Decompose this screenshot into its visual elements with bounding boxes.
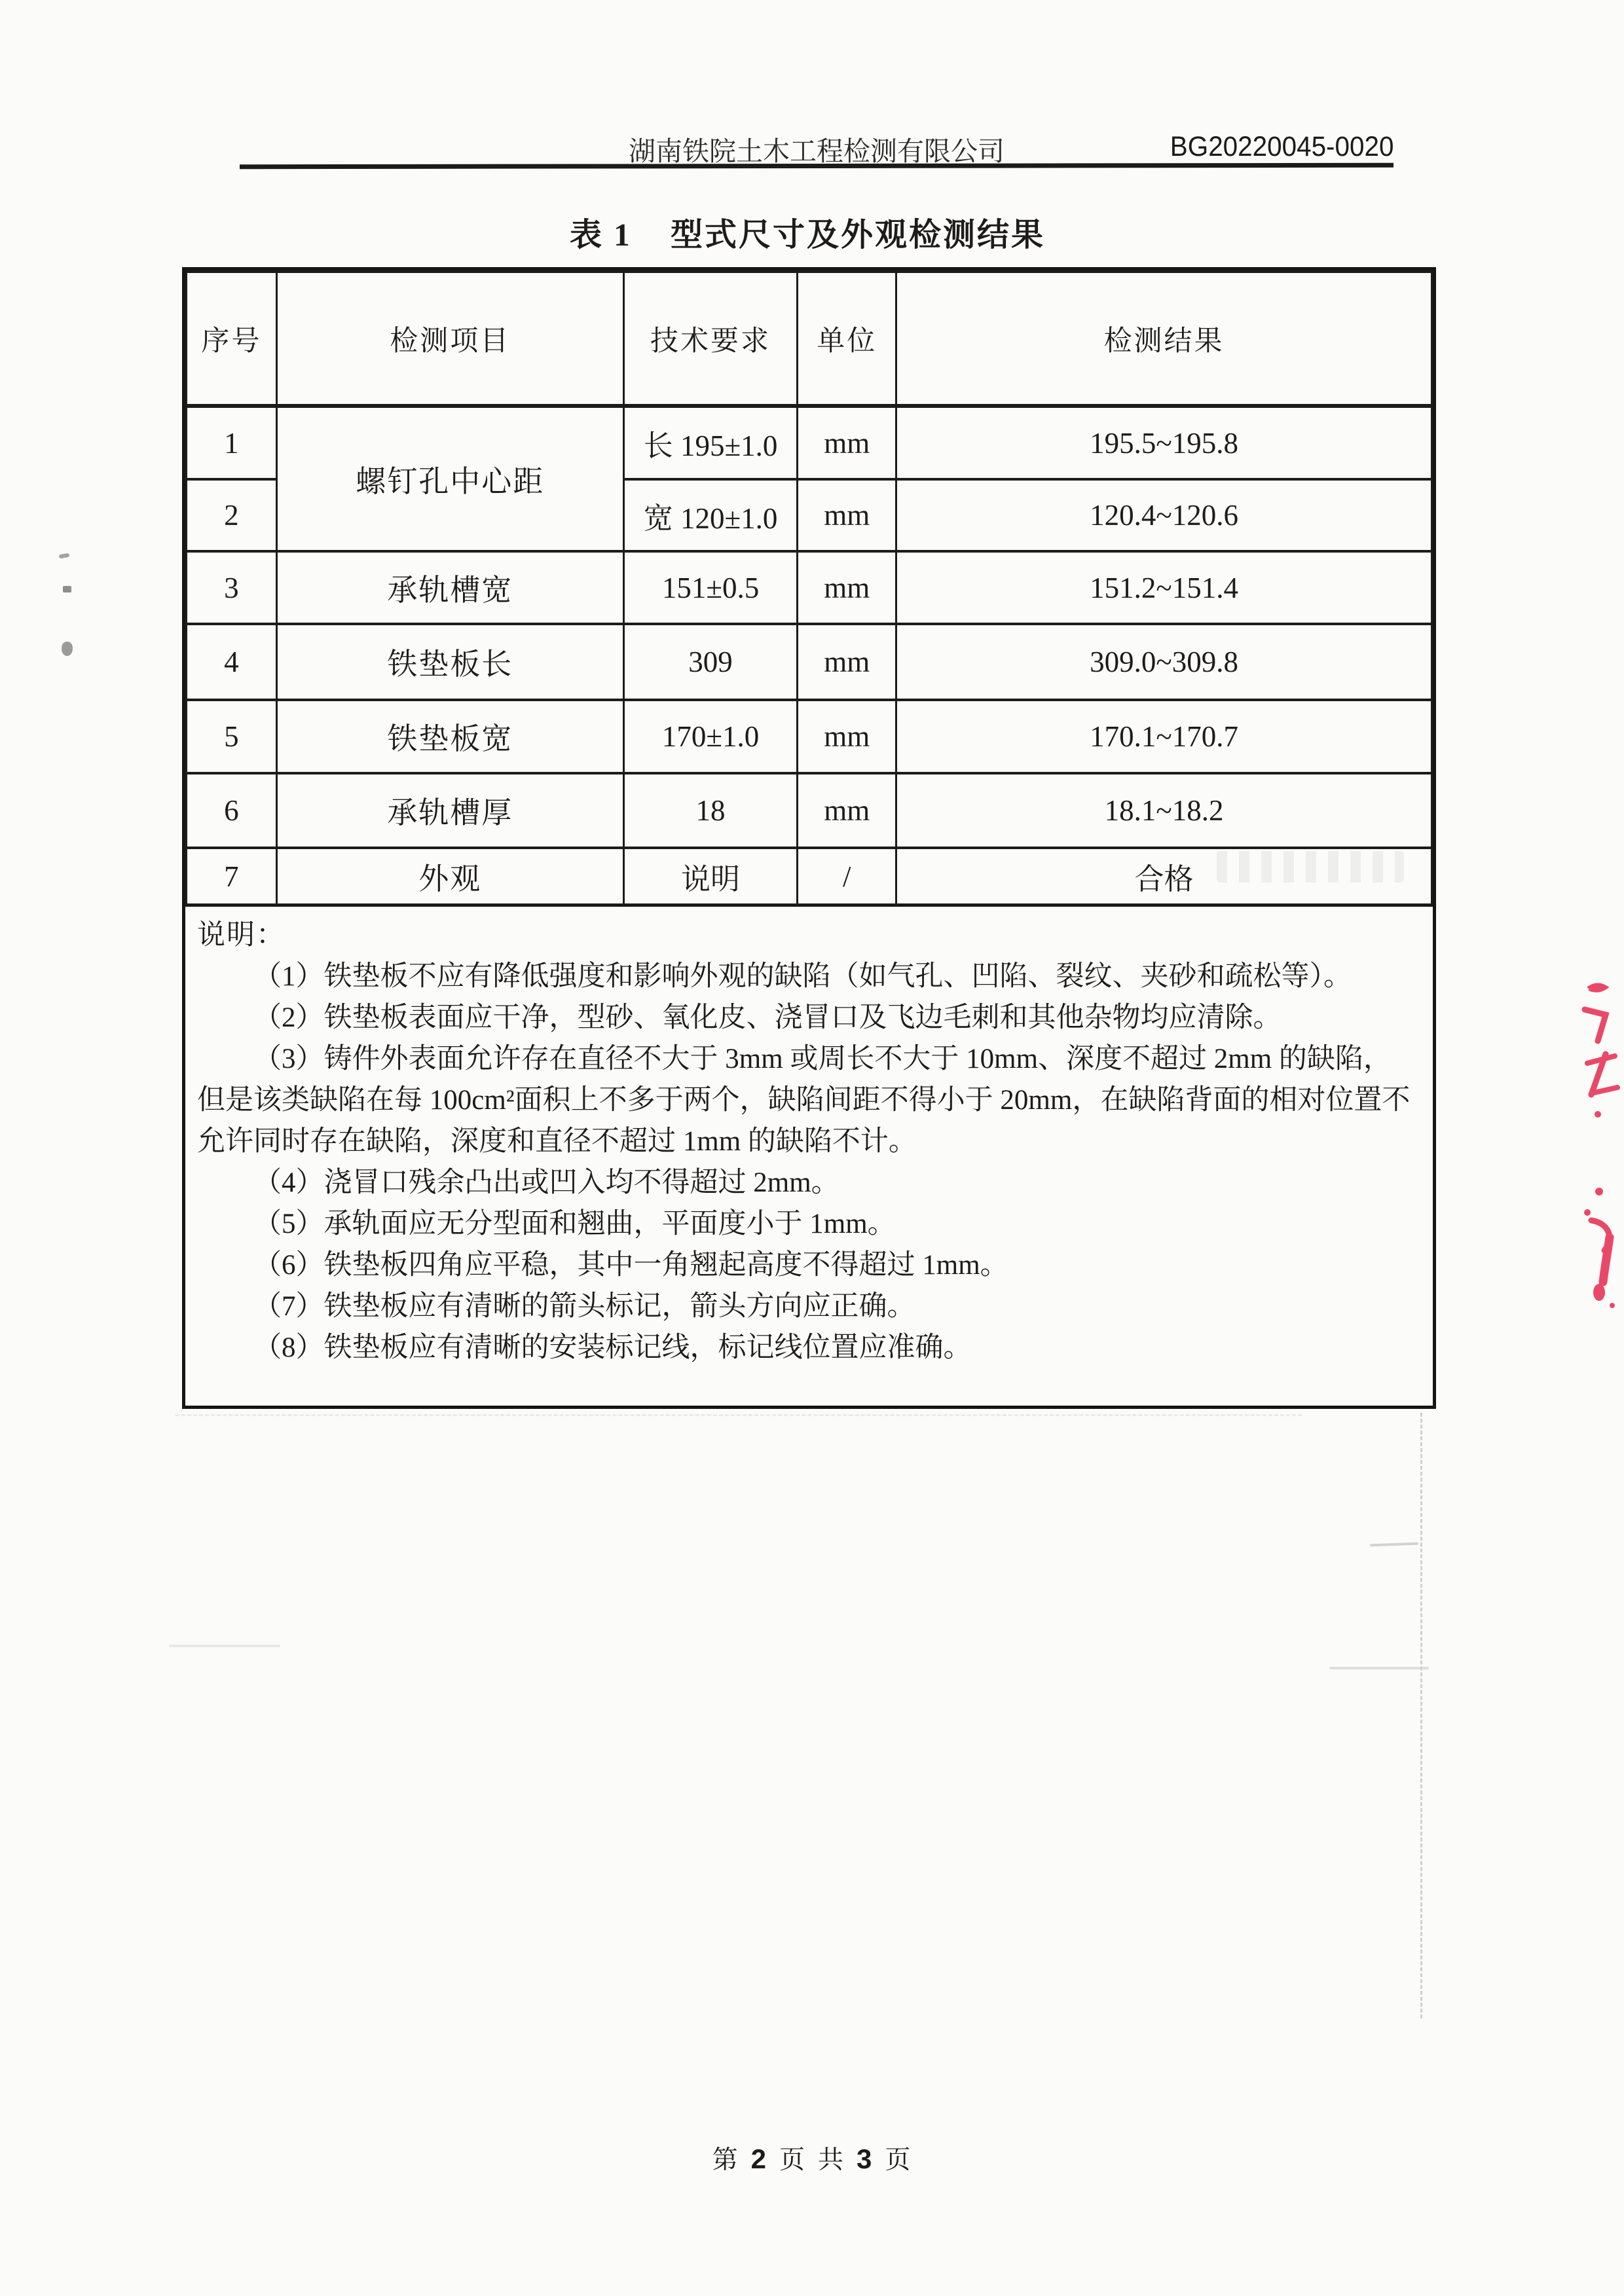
header-rule <box>240 163 1393 169</box>
table-row: 6 承轨槽厚 18 mm 18.1~18.2 <box>187 773 1432 848</box>
note-item-4: （4）浇冒口残余凸出或凹入均不得超过 2mm。 <box>197 1162 1413 1203</box>
cell-seq: 2 <box>187 479 277 551</box>
footer-page-number: 2 <box>751 2143 767 2174</box>
table-title: 表 1 型式尺寸及外观检测结果 <box>0 210 1615 255</box>
scan-noise-line <box>175 1414 1302 1416</box>
scan-speck <box>62 642 73 656</box>
red-ink-mark-top <box>1570 977 1624 1124</box>
scanned-report-page: 湖南铁院土木工程检测有限公司 BG20220045-0020 表 1 型式尺寸及… <box>0 0 1624 2296</box>
cell-item: 承轨槽厚 <box>276 773 623 848</box>
results-table: 序号 检测项目 技术要求 单位 检测结果 1 螺钉孔中心距 长 195±1.0 … <box>185 270 1433 903</box>
cell-unit: mm <box>798 551 896 624</box>
results-box: 序号 检测项目 技术要求 单位 检测结果 1 螺钉孔中心距 长 195±1.0 … <box>182 267 1436 1409</box>
scan-speck <box>59 553 70 559</box>
cell-result: 18.1~18.2 <box>896 773 1432 848</box>
note-item-5: （5）承轨面应无分型面和翘曲，平面度小于 1mm。 <box>197 1203 1413 1245</box>
cell-req: 说明 <box>623 848 798 903</box>
cell-seq: 7 <box>187 848 277 903</box>
cell-req: 长 195±1.0 <box>623 406 798 479</box>
notes-label: 说明： <box>197 915 1413 956</box>
note-item-3: （3）铸件外表面允许存在直径不大于 3mm 或周长不大于 10mm、深度不超过 … <box>197 1038 1413 1162</box>
note-item-6: （6）铁垫板四角应平稳，其中一角翘起高度不得超过 1mm。 <box>197 1245 1413 1286</box>
col-header-result: 检测结果 <box>896 272 1432 406</box>
col-header-item: 检测项目 <box>276 272 623 406</box>
table-row: 4 铁垫板长 309 mm 309.0~309.8 <box>187 624 1432 700</box>
col-header-unit: 单位 <box>798 272 896 406</box>
footer-word: 第 <box>712 2146 739 2174</box>
table-row: 3 承轨槽宽 151±0.5 mm 151.2~151.4 <box>187 551 1432 624</box>
cell-req: 309 <box>623 624 798 700</box>
scan-dash <box>1370 1542 1418 1547</box>
cell-seq: 3 <box>187 551 277 624</box>
cell-result: 309.0~309.8 <box>896 624 1432 700</box>
cell-item-merged: 螺钉孔中心距 <box>276 406 623 551</box>
table-title-prefix: 表 1 <box>570 217 632 253</box>
note-item-7: （7）铁垫板应有清晰的箭头标记，箭头方向应正确。 <box>197 1286 1413 1327</box>
footer-total-pages: 3 <box>857 2143 873 2174</box>
scan-dash <box>169 1645 280 1647</box>
scan-dash <box>1329 1667 1429 1669</box>
header-report-number: BG20220045-0020 <box>1170 131 1393 163</box>
footer-word: 页 <box>779 2146 806 2174</box>
col-header-seq: 序号 <box>187 272 277 406</box>
footer-word: 页 <box>885 2146 912 2174</box>
cell-result: 120.4~120.6 <box>896 479 1432 551</box>
cell-item: 外观 <box>276 848 623 903</box>
header-company-name: 湖南铁院土木工程检测有限公司 <box>629 130 1005 168</box>
cell-result: 151.2~151.4 <box>896 551 1432 624</box>
cell-unit: mm <box>798 773 896 848</box>
page-footer: 第2页共3页 <box>0 2140 1624 2176</box>
notes-section: 说明： （1）铁垫板不应有降低强度和影响外观的缺陷（如气孔、凹陷、裂纹、夹砂和疏… <box>185 903 1433 1406</box>
col-header-req: 技术要求 <box>623 272 798 406</box>
cell-unit: mm <box>798 700 896 773</box>
cell-req: 151±0.5 <box>623 551 798 624</box>
table-header-row: 序号 检测项目 技术要求 单位 检测结果 <box>187 272 1432 406</box>
cell-item: 铁垫板长 <box>276 624 623 700</box>
cell-unit: / <box>798 848 896 903</box>
note-item-2: （2）铁垫板表面应干净，型砂、氧化皮、浇冒口及飞边毛刺和其他杂物均应清除。 <box>197 997 1413 1038</box>
cell-result: 170.1~170.7 <box>896 700 1432 773</box>
cell-seq: 4 <box>187 624 277 700</box>
table-title-text: 型式尺寸及外观检测结果 <box>671 217 1045 253</box>
cell-unit: mm <box>798 406 896 479</box>
cell-seq: 5 <box>187 700 277 773</box>
cell-req: 宽 120±1.0 <box>623 479 798 551</box>
scan-dotted-line <box>1420 1413 1422 2018</box>
scan-speck <box>63 586 71 592</box>
cell-item: 承轨槽宽 <box>276 551 623 624</box>
table-row: 5 铁垫板宽 170±1.0 mm 170.1~170.7 <box>187 700 1432 773</box>
cell-req: 18 <box>623 773 798 848</box>
cell-item: 铁垫板宽 <box>276 700 623 773</box>
cell-unit: mm <box>798 479 896 551</box>
cell-req: 170±1.0 <box>623 700 798 773</box>
note-item-1: （1）铁垫板不应有降低强度和影响外观的缺陷（如气孔、凹陷、裂纹、夹砂和疏松等）。 <box>197 956 1413 997</box>
cell-seq: 1 <box>187 406 277 479</box>
cell-unit: mm <box>798 624 896 700</box>
scan-ghost-smudge <box>1217 851 1404 883</box>
cell-result: 195.5~195.8 <box>896 406 1432 479</box>
cell-seq: 6 <box>187 773 277 848</box>
table-row: 1 螺钉孔中心距 长 195±1.0 mm 195.5~195.8 <box>187 406 1432 479</box>
note-item-8: （8）铁垫板应有清晰的安装标记线，标记线位置应准确。 <box>197 1327 1413 1368</box>
footer-word: 共 <box>818 2146 845 2174</box>
red-ink-mark-bottom <box>1573 1182 1624 1310</box>
